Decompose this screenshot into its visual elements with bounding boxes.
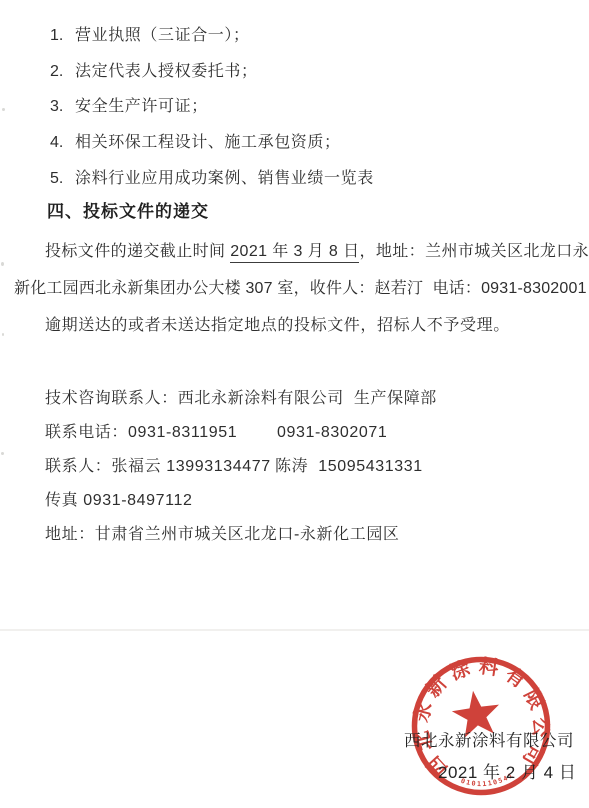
- deadline-date-underlined: 2021 年 3 月 8 日: [230, 243, 359, 263]
- contact-fax-line: 传真 0931-8497112: [45, 491, 192, 511]
- list-item-text: 法定代表人授权委托书；: [75, 63, 258, 80]
- scan-crease-line: [0, 629, 589, 631]
- section-heading: 四、投标文件的递交: [47, 202, 209, 222]
- scan-speck: [2, 333, 4, 336]
- signature-date: 2021 年 2 月 4 日: [438, 763, 576, 783]
- list-item: 2.法定代表人授权委托书；: [50, 62, 258, 82]
- list-item: 3.安全生产许可证；: [50, 97, 208, 117]
- list-item: 4.相关环保工程设计、施工承包资质；: [50, 133, 341, 153]
- scan-speck: [2, 108, 5, 111]
- paragraph-line: 投标文件的递交截止时间 2021 年 3 月 8 日，地址：兰州市城关区北龙口永: [45, 242, 589, 262]
- contact-tech-line: 技术咨询联系人：西北永新涂料有限公司 生产保障部: [45, 389, 437, 409]
- list-item-text: 营业执照（三证合一）；: [75, 27, 250, 44]
- list-item-number: 2.: [50, 62, 75, 82]
- paragraph-line: 新化工园西北永新集团办公大楼 307 室，收件人：赵若汀 电话：0931-830…: [14, 279, 587, 299]
- list-item-number: 3.: [50, 97, 75, 117]
- list-item-text: 安全生产许可证；: [75, 98, 208, 115]
- signature-company-name: 西北永新涂料有限公司: [404, 731, 574, 751]
- contact-person1: 联系人：张福云 13993134477: [45, 457, 271, 477]
- list-item-number: 4.: [50, 133, 75, 153]
- contact-phone-line: 联系电话：0931-8311951: [45, 423, 237, 443]
- contact-person2: 陈涛 15095431331: [275, 457, 423, 477]
- scan-speck: [1, 452, 4, 455]
- list-item-number: 5.: [50, 169, 75, 189]
- deadline-suffix: ，地址：兰州市城关区北龙口永: [359, 243, 589, 260]
- scan-speck: [1, 262, 4, 266]
- deadline-prefix: 投标文件的递交截止时间: [45, 243, 230, 260]
- company-seal-stamp: 西北永新涂料有限公司 0101110541: [397, 642, 565, 808]
- scanned-tender-document-page: 1.营业执照（三证合一）； 2.法定代表人授权委托书； 3.安全生产许可证； 4…: [0, 0, 589, 808]
- list-item-number: 1.: [50, 26, 75, 46]
- contact-phone2: 0931-8302071: [277, 423, 387, 443]
- list-item-text: 涂料行业应用成功案例、销售业绩一览表: [75, 170, 374, 187]
- paragraph-line: 逾期送达的或者未送达指定地点的投标文件，招标人不予受理。: [45, 316, 510, 336]
- list-item: 1.营业执照（三证合一）；: [50, 26, 250, 46]
- list-item-text: 相关环保工程设计、施工承包资质；: [75, 134, 341, 151]
- contact-address-line: 地址：甘肃省兰州市城关区北龙口-永新化工园区: [45, 525, 400, 545]
- list-item: 5.涂料行业应用成功案例、销售业绩一览表: [50, 169, 374, 189]
